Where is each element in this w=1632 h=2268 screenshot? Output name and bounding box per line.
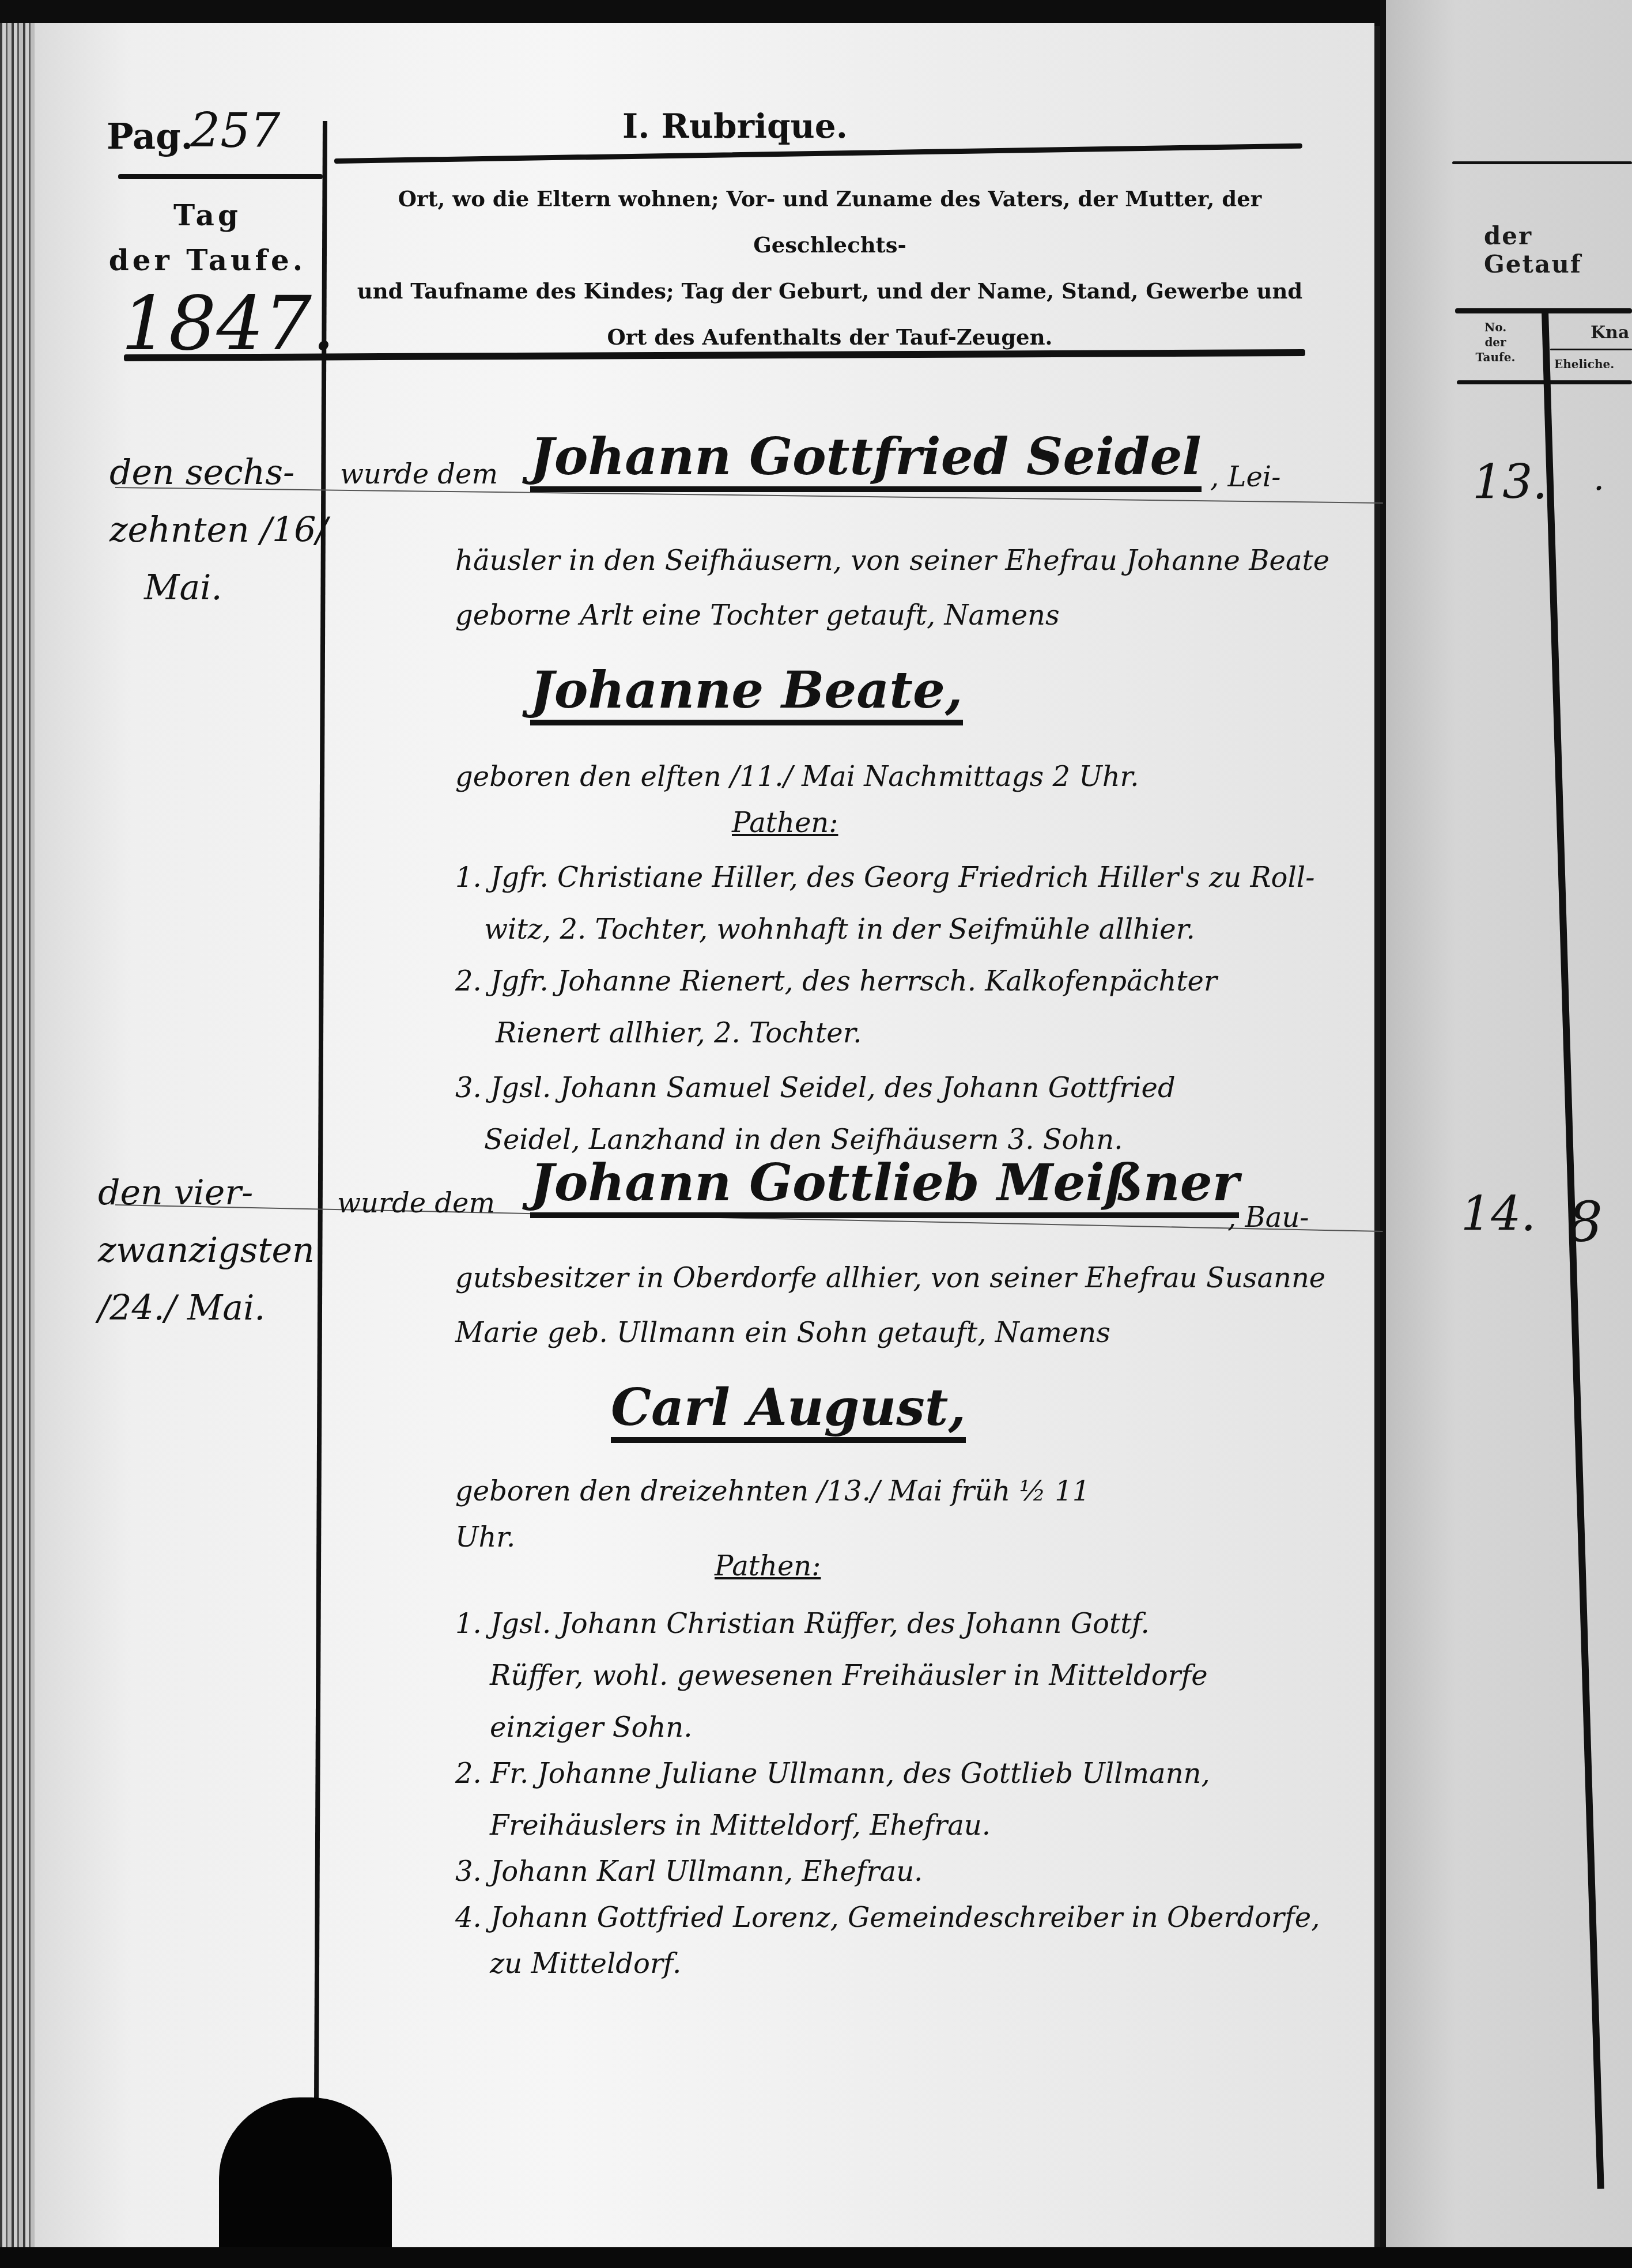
entry-1-sponsor-line: 1. Jgfr. Christiane Hiller, des Georg Fr… xyxy=(455,861,1314,894)
entry-13-mark: . xyxy=(1593,458,1604,498)
entry-2-birth-cont: Uhr. xyxy=(455,1521,515,1553)
column-header-no-line3: Taufe. xyxy=(1461,350,1530,365)
entry-2-sponsor-line: 3. Johann Karl Ullmann, Ehefrau. xyxy=(455,1855,923,1888)
page-gutter xyxy=(1380,0,1386,2268)
entry-2-mother-line: Marie geb. Ullmann ein Sohn getauft, Nam… xyxy=(455,1317,1110,1349)
column-header-details-line1: Ort, wo die Eltern wohnen; Vor- und Zuna… xyxy=(352,176,1308,268)
column-header-details-line2: und Taufname des Kindes; Tag der Geburt,… xyxy=(352,268,1308,314)
entry-1-parents-line: häusler in den Seifhäusern, von seiner E… xyxy=(455,545,1329,577)
entry-14-mark: 8 xyxy=(1567,1190,1603,1254)
column-header-no-line2: der xyxy=(1461,335,1530,350)
entry-1-mother-line: geborne Arlt eine Tochter getauft, Namen… xyxy=(455,599,1060,632)
entry-1-father-name: Johann Gottfried Seidel xyxy=(530,426,1202,492)
entry-1-date-line3: Mai. xyxy=(109,559,328,617)
book-binding xyxy=(0,23,35,2268)
entry-1-birth: geboren den elften /11./ Mai Nachmittags… xyxy=(455,761,1139,793)
entry-2-sponsor-line: einziger Sohn. xyxy=(490,1711,693,1744)
scan-bottom-edge xyxy=(0,2247,1632,2268)
entry-2-father-suffix: , Bau- xyxy=(1227,1201,1309,1234)
section-title: I. Rubrique. xyxy=(622,107,848,146)
right-page-subheader-rule xyxy=(1550,349,1632,350)
right-page-header: der Getauf xyxy=(1484,222,1632,278)
entry-1-date-line2: zehnten /16/ xyxy=(109,501,328,559)
entry-1-sponsor-line: 3. Jgsl. Johann Samuel Seidel, des Johan… xyxy=(455,1072,1176,1104)
column-header-no: No. der Taufe. xyxy=(1461,320,1530,365)
entry-1-child-name: Johanne Beate, xyxy=(530,660,963,725)
entry-2-birth: geboren den dreizehnten /13./ Mai früh ½… xyxy=(455,1475,1090,1507)
entry-2-sponsor-line: Freihäuslers in Mitteldorf, Ehefrau. xyxy=(490,1809,991,1842)
entry-2-sponsor-line: 1. Jgsl. Johann Christian Rüffer, des Jo… xyxy=(455,1608,1150,1640)
entry-2-baptism-date: den vier- zwanzigsten /24./ Mai. xyxy=(98,1164,315,1337)
column-header-no-line1: No. xyxy=(1461,320,1530,335)
entry-1-sponsor-line: Rienert allhier, 2. Tochter. xyxy=(496,1017,862,1049)
entry-2-date-line3: /24./ Mai. xyxy=(98,1279,315,1337)
entry-1-date-line1: den sechs- xyxy=(109,444,328,501)
entry-1-sponsor-line: Seidel, Lanzhand in den Seifhäusern 3. S… xyxy=(484,1124,1123,1156)
column-header-date-line2: der Taufe. xyxy=(92,238,323,283)
entry-2-sponsor-line: 2. Fr. Johanne Juliane Ullmann, des Gott… xyxy=(455,1757,1210,1790)
entry-1-sponsor-line: witz, 2. Tochter, wohnhaft in der Seifmü… xyxy=(484,913,1195,946)
entry-2-parents-line: gutsbesitzer in Oberdorfe allhier, von s… xyxy=(455,1262,1325,1294)
entry-1-father-suffix: , Lei- xyxy=(1210,461,1280,493)
entry-1-intro: wurde dem xyxy=(340,458,498,490)
entry-2-sponsors-label: Pathen: xyxy=(715,1550,821,1582)
entry-2-child-name: Carl August, xyxy=(611,1377,966,1443)
right-page-top-rule xyxy=(1452,161,1632,164)
baptism-number-14: 14. xyxy=(1461,1187,1536,1242)
column-header-legitimate: Eheliche. xyxy=(1554,357,1614,371)
entry-2-intro: wurde dem xyxy=(337,1187,495,1219)
entry-2-sponsor-line: 4. Johann Gottfried Lorenz, Gemeindeschr… xyxy=(455,1902,1320,1934)
page-number: 257 xyxy=(190,104,281,158)
baptism-number-13: 13. xyxy=(1472,455,1547,510)
column-header-date-line1: Tag xyxy=(92,193,323,238)
entry-2-sponsor-line: zu Mitteldorf. xyxy=(490,1948,681,1980)
page-label: Pag. xyxy=(107,115,193,157)
column-header-boys: Kna xyxy=(1591,323,1629,343)
entry-1-sponsors-label: Pathen: xyxy=(732,807,838,839)
header-rule-left xyxy=(118,174,323,179)
thumb-shadow xyxy=(219,2097,392,2268)
entry-2-date-line2: zwanzigsten xyxy=(98,1222,315,1279)
column-header-details: Ort, wo die Eltern wohnen; Vor- und Zuna… xyxy=(352,176,1308,360)
entry-2-date-line1: den vier- xyxy=(98,1164,315,1222)
entry-1-sponsor-line: 2. Jgfr. Johanne Rienert, des herrsch. K… xyxy=(455,965,1217,997)
column-header-date: Tag der Taufe. xyxy=(92,193,323,283)
entry-2-father-name: Johann Gottlieb Meißner xyxy=(530,1152,1239,1218)
entry-2-sponsor-line: Rüffer, wohl. gewesenen Freihäusler in M… xyxy=(490,1660,1208,1692)
entry-1-baptism-date: den sechs- zehnten /16/ Mai. xyxy=(109,444,328,617)
